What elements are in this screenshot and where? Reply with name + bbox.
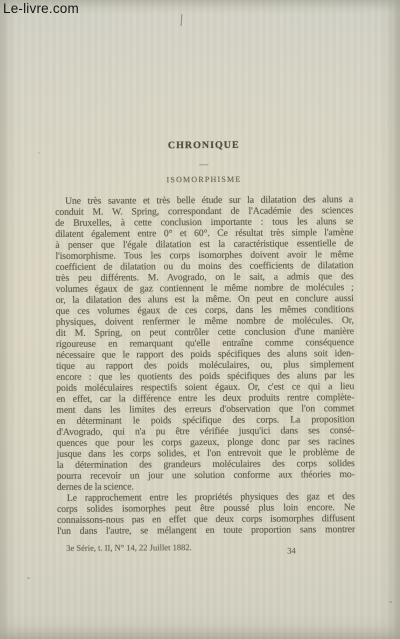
body-text: Une très savante et très belle étude sur… <box>55 194 355 537</box>
title-divider: — <box>55 153 353 175</box>
footer-edition: 3e Série, t. II, N° 14, 22 Juillet 1882. <box>66 542 192 553</box>
footer-signature: 34 <box>287 545 296 555</box>
page-footer: 3e Série, t. II, N° 14, 22 Juillet 1882.… <box>57 541 355 555</box>
text-line: l'un dans l'autre, se mélangent en toute… <box>57 524 355 537</box>
scan-artifact-speck <box>38 152 40 154</box>
scan-artifact-tick <box>181 14 183 26</box>
scanned-page: Le-livre.com CHRONIQUE — ISOMORPHISME Un… <box>0 0 400 639</box>
text-line: pourra recevoir un jour une solution con… <box>57 469 355 482</box>
section-heading: ISOMORPHISME <box>55 174 353 188</box>
scan-artifact-speck <box>389 601 392 603</box>
page-content: CHRONIQUE — ISOMORPHISME Une très savant… <box>55 139 356 555</box>
scan-artifact-speck <box>27 577 30 579</box>
watermark: Le-livre.com <box>3 1 79 16</box>
